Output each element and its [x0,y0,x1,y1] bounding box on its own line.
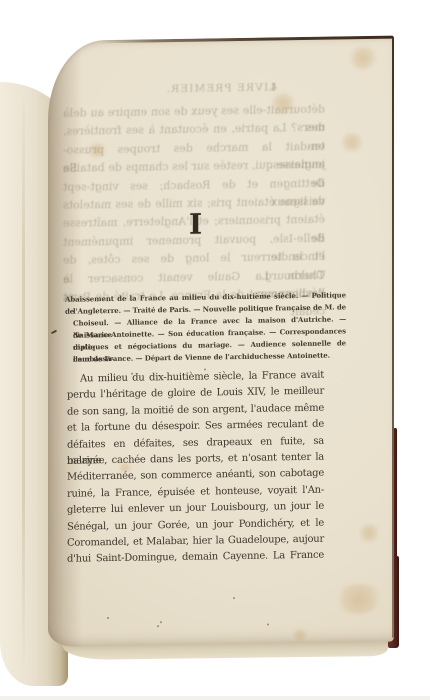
ink-speck [107,617,109,619]
photo-surface-edge [0,696,430,700]
bleedthrough-text: 4 LIVRE PREMIER. détournait-elle ses yeu… [63,81,325,307]
foxing-spot [358,524,380,542]
ink-speck [233,597,235,599]
ink-speck [160,621,162,623]
ink-speck [157,625,159,627]
foxing-spot [292,629,308,641]
page-top-edge [100,36,394,43]
chapter-number: I [67,209,324,241]
body-line: d'hui Saint-Domingue, demain Cayenne. La… [67,548,324,568]
ink-speck [267,624,269,626]
body-text: Au milieu du dix-huitième siècle, la Fra… [67,368,324,569]
book-photograph: 4 LIVRE PREMIER. détournait-elle ses yeu… [0,0,430,700]
foxing-spot [333,584,385,615]
foxing-spot [340,132,364,152]
ink-speck [204,369,206,371]
bleedthrough-page-number: 4 [270,81,277,93]
book-page: 4 LIVRE PREMIER. détournait-elle ses yeu… [48,36,394,647]
page-right-edge [392,37,395,638]
bleedthrough-title-text: LIVRE PREMIER. [166,81,277,95]
foxing-spot [348,46,378,70]
chapter-summary: Abaissement de la France au milieu du di… [65,289,346,365]
ink-speck [131,373,133,375]
